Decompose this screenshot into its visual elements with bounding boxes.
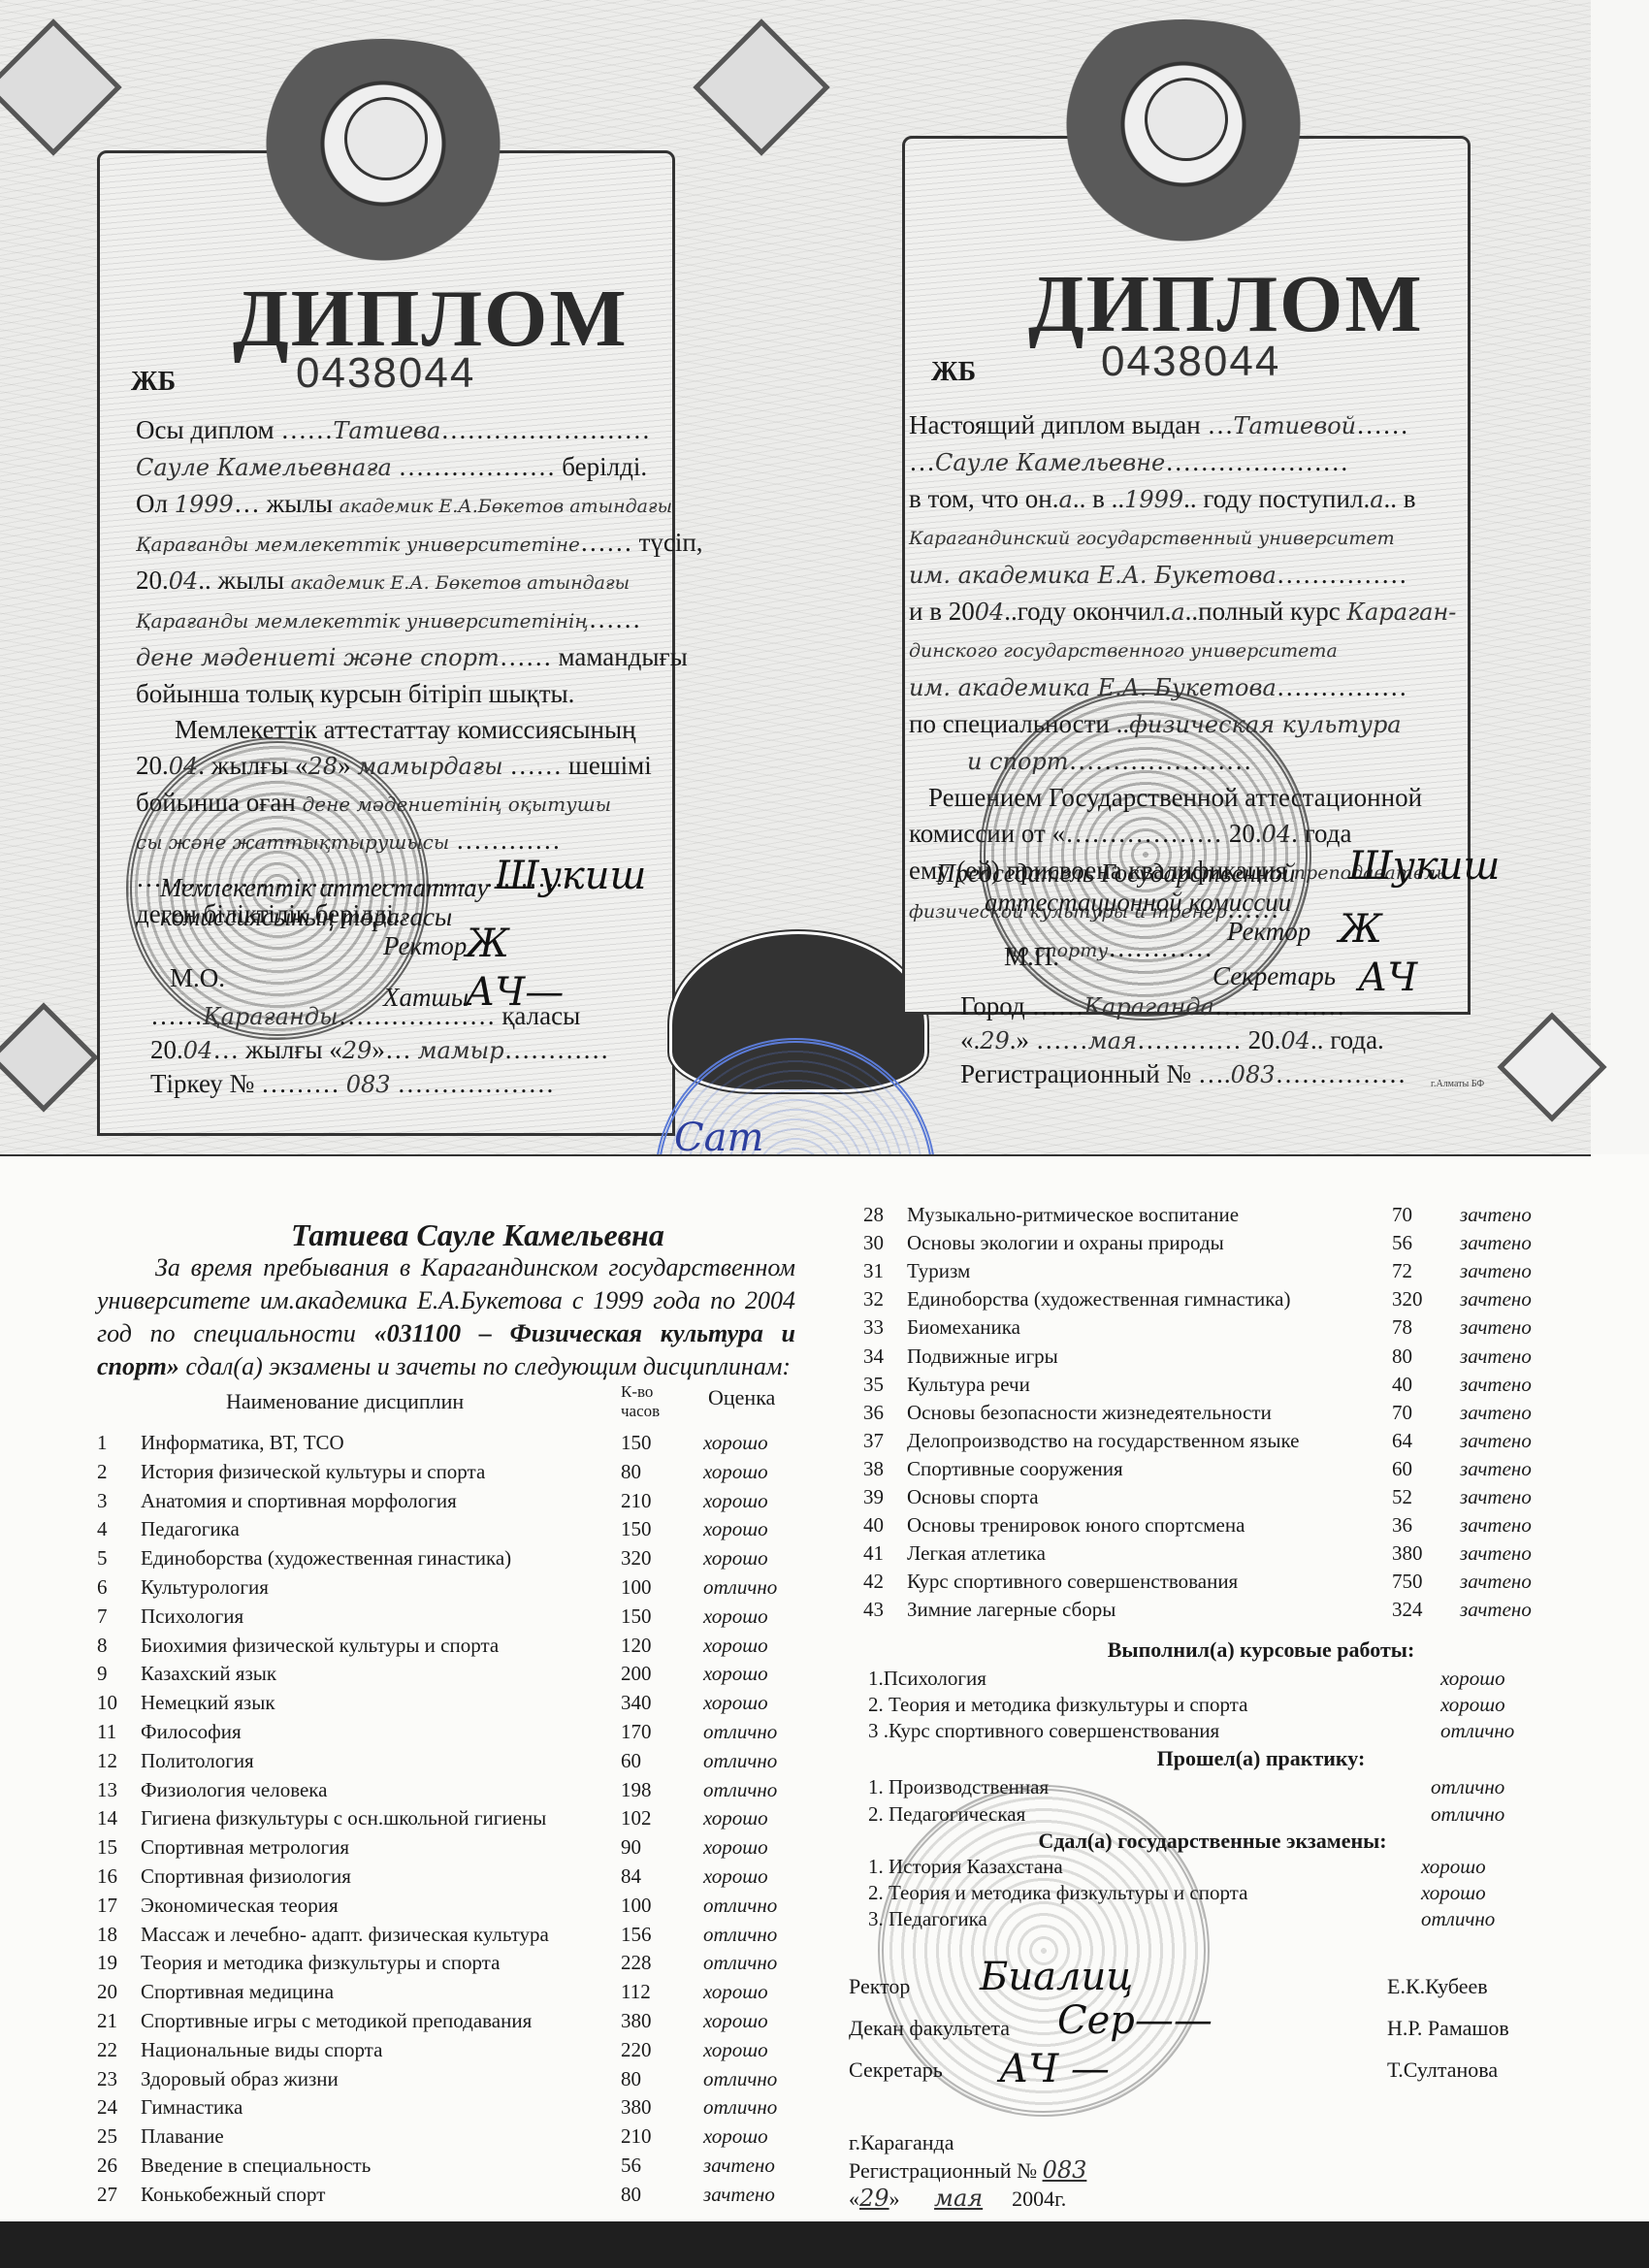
discipline-grade: хорошо bbox=[703, 1691, 768, 1715]
row-number: 30 bbox=[863, 1231, 902, 1255]
practice-title: Прошел(а) практику: bbox=[970, 1746, 1552, 1771]
discipline-name: Немецкий язык bbox=[141, 1691, 275, 1715]
discipline-grade: зачтено bbox=[703, 2183, 775, 2207]
discipline-hours: 320 bbox=[1392, 1287, 1423, 1312]
discipline-hours: 40 bbox=[1392, 1373, 1412, 1397]
discipline-grade: хорошо bbox=[703, 1634, 768, 1658]
discipline-hours: 228 bbox=[621, 1951, 652, 1975]
discipline-hours: 80 bbox=[621, 2183, 641, 2207]
discipline-hours: 200 bbox=[621, 1662, 652, 1686]
row-number: 8 bbox=[97, 1634, 136, 1658]
signature-rector: Ж bbox=[466, 922, 509, 966]
item-grade: хорошо bbox=[1440, 1667, 1505, 1691]
discipline-hours: 156 bbox=[621, 1923, 652, 1947]
signatory-role: Декан факультета bbox=[849, 2016, 1010, 2041]
row-number: 20 bbox=[97, 1980, 136, 2004]
col-hours-header: К-вочасов bbox=[621, 1382, 660, 1421]
discipline-name: Педагогика bbox=[141, 1517, 240, 1541]
discipline-name: Информатика, ВТ, ТСО bbox=[141, 1431, 344, 1455]
col-grade-header: Оценка bbox=[708, 1385, 775, 1410]
row-number: 16 bbox=[97, 1864, 136, 1889]
row-number: 5 bbox=[97, 1546, 136, 1571]
discipline-name: Спортивные игры с методикой преподавания bbox=[141, 2009, 532, 2033]
discipline-grade: отлично bbox=[703, 1575, 777, 1600]
discipline-grade: зачтено bbox=[1460, 1345, 1532, 1369]
signature-dean: Сер—— bbox=[1057, 1998, 1212, 2043]
transcript-intro: За время пребывания в Карагандинском гос… bbox=[97, 1251, 795, 1383]
row-number: 31 bbox=[863, 1259, 902, 1283]
discipline-grade: зачтено bbox=[1460, 1457, 1532, 1481]
discipline-hours: 80 bbox=[621, 2067, 641, 2091]
item-name: 1.Психология bbox=[868, 1667, 986, 1690]
discipline-hours: 60 bbox=[621, 1749, 641, 1773]
sheet-divider bbox=[0, 1154, 1591, 1156]
signatory-role: Секретарь bbox=[849, 2057, 943, 2083]
discipline-name: Основы тренировок юного спортсмена bbox=[907, 1513, 1245, 1538]
diploma-ru-mp: М.П. bbox=[1004, 939, 1059, 975]
discipline-hours: 90 bbox=[621, 1835, 641, 1860]
discipline-hours: 210 bbox=[621, 2124, 652, 2149]
discipline-name: Гигиена физкультуры с осн.школьной гигие… bbox=[141, 1806, 546, 1831]
discipline-name: Единоборства (художественная гимнастика) bbox=[907, 1287, 1290, 1312]
signatory-role: Ректор bbox=[849, 1974, 910, 1999]
discipline-hours: 64 bbox=[1392, 1429, 1412, 1453]
discipline-hours: 80 bbox=[621, 1460, 641, 1484]
row-number: 15 bbox=[97, 1835, 136, 1860]
discipline-name: Здоровый образ жизни bbox=[141, 2067, 339, 2091]
discipline-grade: зачтено bbox=[1460, 1231, 1532, 1255]
discipline-name: Философия bbox=[141, 1720, 242, 1744]
discipline-grade: хорошо bbox=[703, 2009, 768, 2033]
discipline-name: Биохимия физической культуры и спорта bbox=[141, 1634, 499, 1658]
discipline-grade: зачтено bbox=[1460, 1287, 1532, 1312]
diploma-kz-series: ЖБ bbox=[131, 367, 176, 398]
discipline-name: Спортивные сооружения bbox=[907, 1457, 1123, 1481]
discipline-hours: 210 bbox=[621, 1489, 652, 1513]
signature-rector: Биалиц bbox=[980, 1955, 1133, 1999]
discipline-grade: зачтено bbox=[1460, 1401, 1532, 1425]
discipline-grade: хорошо bbox=[703, 1604, 768, 1629]
row-number: 36 bbox=[863, 1401, 902, 1425]
item-name: 2. Теория и методика физкультуры и спорт… bbox=[868, 1693, 1247, 1716]
discipline-grade: хорошо bbox=[703, 1460, 768, 1484]
discipline-grade: зачтено bbox=[1460, 1485, 1532, 1509]
item-grade: хорошо bbox=[1421, 1855, 1486, 1879]
row-number: 32 bbox=[863, 1287, 902, 1312]
discipline-name: Легкая атлетика bbox=[907, 1541, 1046, 1566]
discipline-hours: 120 bbox=[621, 1634, 652, 1658]
signature-chair: Шукиш bbox=[495, 854, 646, 898]
coursework-title: Выполнил(а) курсовые работы: bbox=[970, 1637, 1552, 1663]
row-number: 21 bbox=[97, 2009, 136, 2033]
discipline-grade: зачтено bbox=[1460, 1203, 1532, 1227]
discipline-name: Казахский язык bbox=[141, 1662, 276, 1686]
item-grade: отлично bbox=[1431, 1775, 1504, 1799]
item-grade: отлично bbox=[1431, 1802, 1504, 1827]
row-number: 41 bbox=[863, 1541, 902, 1566]
discipline-name: Введение в специальность bbox=[141, 2154, 371, 2178]
discipline-grade: зачтено bbox=[1460, 1373, 1532, 1397]
scan-edge bbox=[1591, 0, 1649, 1154]
row-number: 28 bbox=[863, 1203, 902, 1227]
discipline-name: Плавание bbox=[141, 2124, 224, 2149]
discipline-grade: хорошо bbox=[703, 2038, 768, 2062]
diploma-ru-number: 0438044 bbox=[1101, 338, 1280, 386]
discipline-grade: зачтено bbox=[1460, 1429, 1532, 1453]
diploma-ru-series: ЖБ bbox=[931, 357, 976, 388]
row-number: 39 bbox=[863, 1485, 902, 1509]
item-name: 3 .Курс спортивного совершенствования bbox=[868, 1719, 1219, 1742]
row-number: 35 bbox=[863, 1373, 902, 1397]
discipline-hours: 220 bbox=[621, 2038, 652, 2062]
discipline-grade: зачтено bbox=[703, 2154, 775, 2178]
row-number: 12 bbox=[97, 1749, 136, 1773]
item-grade: хорошо bbox=[1440, 1693, 1505, 1717]
row-number: 1 bbox=[97, 1431, 136, 1455]
discipline-name: Спортивная медицина bbox=[141, 1980, 334, 2004]
discipline-grade: зачтено bbox=[1460, 1315, 1532, 1340]
row-number: 19 bbox=[97, 1951, 136, 1975]
row-number: 14 bbox=[97, 1806, 136, 1831]
signatory-name: Т.Султанова bbox=[1387, 2057, 1498, 2083]
item-grade: отлично bbox=[1440, 1719, 1514, 1743]
discipline-hours: 100 bbox=[621, 1575, 652, 1600]
discipline-grade: хорошо bbox=[703, 1806, 768, 1831]
row-number: 37 bbox=[863, 1429, 902, 1453]
diploma-ru-footer: Город ……Караганда…………… «.29.» ……мая………… … bbox=[960, 989, 1406, 1091]
discipline-hours: 112 bbox=[621, 1980, 651, 2004]
discipline-grade: зачтено bbox=[1460, 1259, 1532, 1283]
discipline-hours: 380 bbox=[621, 2009, 652, 2033]
signature-chair: Шукиш bbox=[1348, 844, 1500, 889]
discipline-name: Основы спорта bbox=[907, 1485, 1039, 1509]
discipline-hours: 70 bbox=[1392, 1401, 1412, 1425]
discipline-name: Зимние лагерные сборы bbox=[907, 1598, 1115, 1622]
row-number: 40 bbox=[863, 1513, 902, 1538]
row-number: 27 bbox=[97, 2183, 136, 2207]
row-number: 3 bbox=[97, 1489, 136, 1513]
row-number: 22 bbox=[97, 2038, 136, 2062]
scan-edge-bottom bbox=[0, 2221, 1649, 2268]
list-item: 1.Психологияхорошо bbox=[868, 1667, 986, 1694]
item-grade: отлично bbox=[1421, 1907, 1495, 1931]
discipline-hours: 198 bbox=[621, 1778, 652, 1802]
discipline-name: Туризм bbox=[907, 1259, 970, 1283]
printer-mark: г.Алматы БФ bbox=[1431, 1079, 1484, 1089]
discipline-name: Подвижные игры bbox=[907, 1345, 1058, 1369]
discipline-grade: зачтено bbox=[1460, 1570, 1532, 1594]
discipline-hours: 102 bbox=[621, 1806, 652, 1831]
signature-secretary: АЧ — bbox=[999, 2047, 1110, 2091]
discipline-grade: отлично bbox=[703, 2095, 777, 2120]
discipline-name: Основы экологии и охраны природы bbox=[907, 1231, 1224, 1255]
discipline-hours: 380 bbox=[1392, 1541, 1423, 1566]
discipline-grade: отлично bbox=[703, 1951, 777, 1975]
discipline-hours: 324 bbox=[1392, 1598, 1423, 1622]
discipline-name: Экономическая теория bbox=[141, 1894, 339, 1918]
discipline-hours: 170 bbox=[621, 1720, 652, 1744]
discipline-grade: хорошо bbox=[703, 1864, 768, 1889]
discipline-hours: 150 bbox=[621, 1431, 652, 1455]
discipline-grade: хорошо bbox=[703, 1431, 768, 1455]
state-emblem-icon bbox=[1018, 19, 1348, 252]
signatory-name: Н.Р. Рамашов bbox=[1387, 2016, 1509, 2041]
row-number: 13 bbox=[97, 1778, 136, 1802]
row-number: 42 bbox=[863, 1570, 902, 1594]
row-number: 6 bbox=[97, 1575, 136, 1600]
discipline-hours: 60 bbox=[1392, 1457, 1412, 1481]
row-number: 7 bbox=[97, 1604, 136, 1629]
discipline-grade: хорошо bbox=[703, 1489, 768, 1513]
discipline-name: Делопроизводство на государственном язык… bbox=[907, 1429, 1299, 1453]
discipline-hours: 84 bbox=[621, 1864, 641, 1889]
discipline-hours: 80 bbox=[1392, 1345, 1412, 1369]
discipline-name: Гимнастика bbox=[141, 2095, 242, 2120]
state-emblem-icon bbox=[218, 39, 548, 272]
discipline-name: Спортивная метрология bbox=[141, 1835, 349, 1860]
discipline-grade: зачтено bbox=[1460, 1513, 1532, 1538]
discipline-name: Конькобежный спорт bbox=[141, 2183, 325, 2207]
discipline-hours: 100 bbox=[621, 1894, 652, 1918]
discipline-grade: отлично bbox=[703, 1894, 777, 1918]
row-number: 33 bbox=[863, 1315, 902, 1340]
discipline-hours: 52 bbox=[1392, 1485, 1412, 1509]
row-number: 17 bbox=[97, 1894, 136, 1918]
item-grade: хорошо bbox=[1421, 1881, 1486, 1905]
discipline-name: История физической культуры и спорта bbox=[141, 1460, 485, 1484]
discipline-hours: 56 bbox=[621, 2154, 641, 2178]
discipline-name: Психология bbox=[141, 1604, 243, 1629]
student-name: Татиева Сауле Камельевна bbox=[291, 1217, 664, 1253]
discipline-hours: 72 bbox=[1392, 1259, 1412, 1283]
list-item: 2. Теория и методика физкультуры и спорт… bbox=[868, 1693, 1247, 1720]
row-number: 43 bbox=[863, 1598, 902, 1622]
diploma-kz-signatures: Мемлекеттік аттестаттау комиссиясының тө… bbox=[160, 873, 488, 960]
row-number: 9 bbox=[97, 1662, 136, 1686]
transcript-footer: г.Караганда Регистрационный № 083 «29» м… bbox=[849, 2129, 1086, 2213]
discipline-hours: 750 bbox=[1392, 1570, 1423, 1594]
discipline-grade: отлично bbox=[703, 1778, 777, 1802]
discipline-name: Национальные виды спорта bbox=[141, 2038, 382, 2062]
discipline-hours: 320 bbox=[621, 1546, 652, 1571]
row-number: 23 bbox=[97, 2067, 136, 2091]
col-name-header: Наименование дисциплин bbox=[226, 1389, 464, 1414]
discipline-grade: отлично bbox=[703, 1749, 777, 1773]
discipline-hours: 150 bbox=[621, 1517, 652, 1541]
row-number: 26 bbox=[97, 2154, 136, 2178]
discipline-grade: хорошо bbox=[703, 1835, 768, 1860]
discipline-grade: зачтено bbox=[1460, 1598, 1532, 1622]
row-number: 10 bbox=[97, 1691, 136, 1715]
discipline-grade: отлично bbox=[703, 2067, 777, 2091]
diploma-kz-number: 0438044 bbox=[296, 349, 475, 398]
row-number: 2 bbox=[97, 1460, 136, 1484]
discipline-grade: хорошо bbox=[703, 1517, 768, 1541]
discipline-hours: 36 bbox=[1392, 1513, 1412, 1538]
diploma-ru-signatures: Председатель Государственной аттестацион… bbox=[936, 859, 1310, 946]
discipline-hours: 340 bbox=[621, 1691, 652, 1715]
discipline-name: Физиология человека bbox=[141, 1778, 328, 1802]
row-number: 24 bbox=[97, 2095, 136, 2120]
discipline-grade: отлично bbox=[703, 1720, 777, 1744]
discipline-name: Культурология bbox=[141, 1575, 269, 1600]
discipline-grade: зачтено bbox=[1460, 1541, 1532, 1566]
row-number: 4 bbox=[97, 1517, 136, 1541]
discipline-name: Музыкально-ритмическое воспитание bbox=[907, 1203, 1239, 1227]
list-item: 3 .Курс спортивного совершенствованияотл… bbox=[868, 1719, 1219, 1746]
discipline-grade: хорошо bbox=[703, 1980, 768, 2004]
discipline-name: Основы безопасности жизнедеятельности bbox=[907, 1401, 1272, 1425]
discipline-name: Курс спортивного совершенствования bbox=[907, 1570, 1238, 1594]
row-number: 34 bbox=[863, 1345, 902, 1369]
discipline-hours: 380 bbox=[621, 2095, 652, 2120]
discipline-name: Анатомия и спортивная морфология bbox=[141, 1489, 457, 1513]
row-number: 38 bbox=[863, 1457, 902, 1481]
row-number: 25 bbox=[97, 2124, 136, 2149]
diploma-kz-footer: ……Қарағанды……………… қаласы 20.04… жылғы «2… bbox=[150, 999, 609, 1101]
discipline-hours: 78 bbox=[1392, 1315, 1412, 1340]
discipline-hours: 56 bbox=[1392, 1231, 1412, 1255]
discipline-hours: 70 bbox=[1392, 1203, 1412, 1227]
discipline-grade: хорошо bbox=[703, 1662, 768, 1686]
discipline-name: Спортивная физиология bbox=[141, 1864, 351, 1889]
discipline-hours: 150 bbox=[621, 1604, 652, 1629]
discipline-name: Массаж и лечебно- адапт. физическая куль… bbox=[141, 1923, 549, 1947]
discipline-name: Единоборства (художественная гинастика) bbox=[141, 1546, 511, 1571]
signature-rector: Ж bbox=[1339, 907, 1382, 952]
discipline-name: Биомеханика bbox=[907, 1315, 1020, 1340]
discipline-grade: отлично bbox=[703, 1923, 777, 1947]
diploma-kz-mp: М.О. bbox=[170, 960, 225, 996]
discipline-name: Культура речи bbox=[907, 1373, 1030, 1397]
discipline-name: Политология bbox=[141, 1749, 254, 1773]
discipline-grade: хорошо bbox=[703, 2124, 768, 2149]
discipline-name: Теория и методика физкультуры и спорта bbox=[141, 1951, 500, 1975]
row-number: 11 bbox=[97, 1720, 136, 1744]
signatory-name: Е.К.Кубеев bbox=[1387, 1974, 1488, 1999]
discipline-grade: хорошо bbox=[703, 1546, 768, 1571]
row-number: 18 bbox=[97, 1923, 136, 1947]
